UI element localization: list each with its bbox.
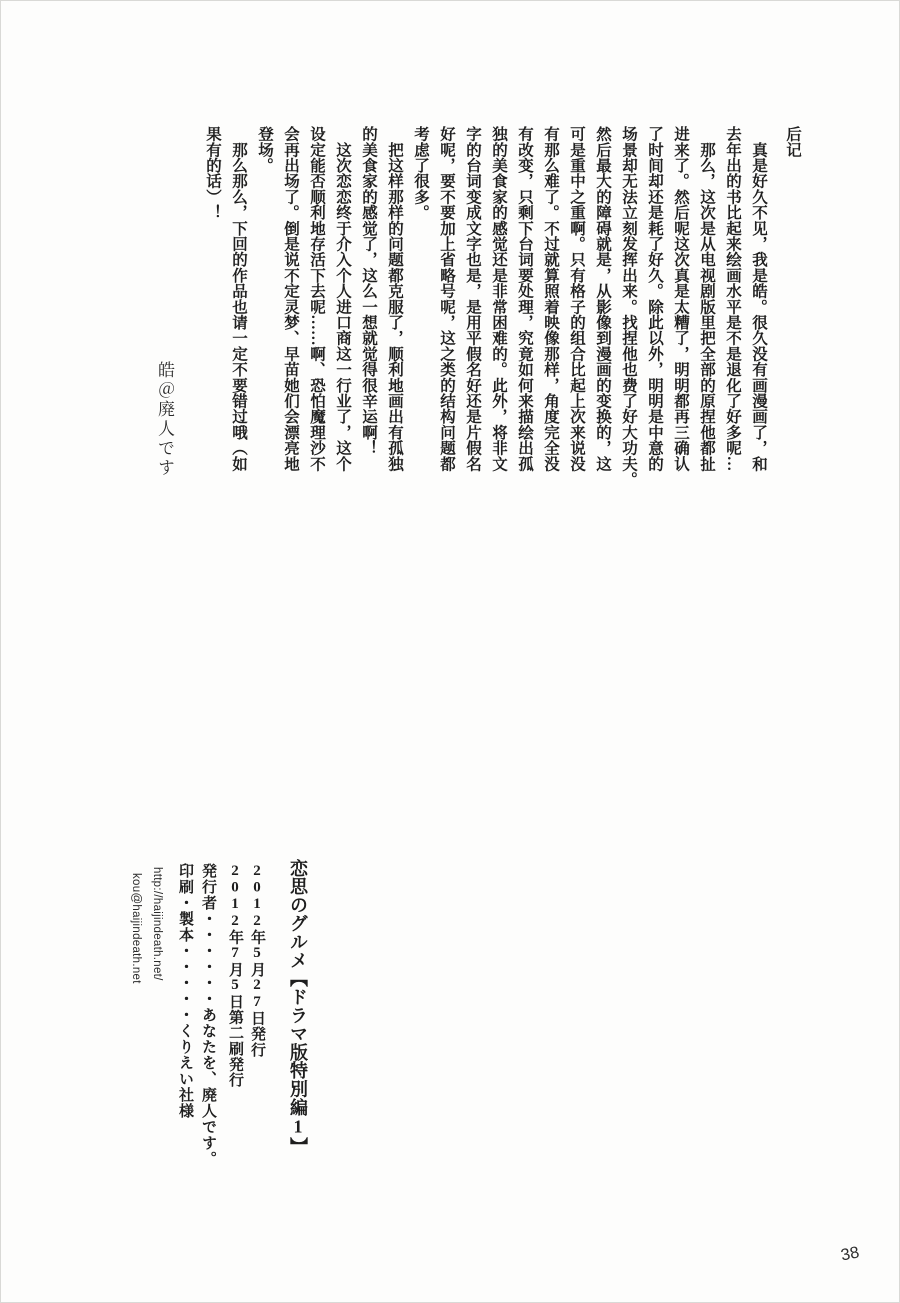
scanned-afterword-page: 后记 真是好久不见，我是皓。很久没有画漫画了，和 去年出的书比起来绘画水平是不是… [0, 0, 900, 1303]
afterword-column: 了时间却还是耗了好久。除此以外，明明是中意的 [641, 126, 667, 478]
afterword-heading: 后记 [779, 126, 805, 478]
colophon-website-url: http://haijindeath.net/ [151, 867, 163, 981]
afterword-column: 真是好久不见，我是皓。很久没有画漫画了，和 [745, 126, 771, 478]
afterword-column: 那么，这次是从电视剧版里把全部的原捏他都扯 [693, 126, 719, 478]
colophon-printing-line: 印刷・製本・・・・・くりえい社様 [175, 863, 196, 1119]
afterword-column: 有那么难了。不过就算照着映像那样，角度完全没 [537, 126, 563, 478]
afterword-column: 把这样那样的问题都克服了，顺利地画出有孤独 [381, 126, 407, 478]
afterword-column: 登场。 [251, 126, 277, 478]
afterword-column: 果有的话）！ [199, 126, 225, 478]
colophon-publisher-line: 発行者・・・・・・あなたを、廃人です。 [198, 863, 219, 1167]
afterword-column: 场景却无法立刻发挥出来。找捏他也费了好大功夫。 [615, 126, 641, 478]
afterword-column: 独的美食家的感觉还是非常困难的。此外，将非文 [485, 126, 511, 478]
colophon-book-title: 恋思のグルメ【ドラマ版特別編1】 [285, 859, 311, 1155]
afterword-column: 然后最大的障碍就是，从影像到漫画的变换的，这 [589, 126, 615, 478]
afterword-column: 可是重中之重啊。只有格子的组合比起上次来说没 [563, 126, 589, 478]
afterword-column: 那么那么，下回的作品也请一定不要错过哦（如 [225, 126, 251, 478]
afterword-column: 这次恋恋终于介入个人进口商这一行业了，这个 [329, 126, 355, 478]
afterword-column: 考虑了很多。 [407, 126, 433, 478]
author-signature: 皓＠廃人です [152, 361, 177, 478]
afterword-column: 进来了。然后呢这次真是太糟了，明明都再三确认 [667, 126, 693, 478]
afterword-column: 设定能否顺利地存活下去呢……啊、恐怕魔理沙不 [303, 126, 329, 478]
afterword-column: 字的台词变成文字也是，是用平假名好还是片假名 [459, 126, 485, 478]
afterword-column: 的美食家的感觉了，这么一想就觉得很辛运啊！ [355, 126, 381, 478]
colophon-second-printing-date: 2012年7月5日第二刷発行 [225, 863, 246, 1087]
afterword-column: 去年出的书比起来绘画水平是不是退化了好多呢… [719, 126, 745, 478]
afterword-column: 好呢，要不要加上省略号呢，这之类的结构问题都 [433, 126, 459, 478]
afterword-column: 会再出场了。倒是说不定灵梦、早苗她们会漂亮地 [277, 126, 303, 478]
afterword-column: 有改变，只剩下台词要处理，究竟如何来描绘出孤 [511, 126, 537, 478]
colophon-email-address: kou@haijindeath.net [130, 873, 142, 984]
colophon-first-printing-date: 2012年5月27日発行 [247, 863, 268, 1057]
afterword-text-block: 后记 真是好久不见，我是皓。很久没有画漫画了，和 去年出的书比起来绘画水平是不是… [199, 126, 805, 478]
page-number: 38 [839, 1243, 861, 1265]
